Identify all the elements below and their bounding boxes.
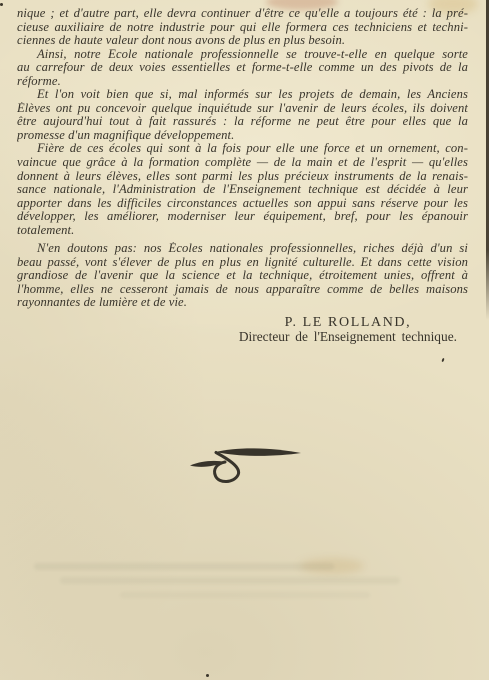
- text-line: cieuse auxiliaire de notre industrie pou…: [17, 21, 468, 35]
- text-line: Élèves ont pu concevoir quelque inquiétu…: [17, 102, 468, 116]
- body-paragraph: Fière de ces écoles qui sont à la fois p…: [17, 142, 468, 237]
- text-column: nique ; et d'autre part, elle devra cont…: [17, 7, 468, 310]
- text-line: vaincue que grâce à la formation complèt…: [17, 156, 468, 170]
- ink-speck: [441, 358, 444, 362]
- ink-speck: [0, 3, 3, 6]
- text-line: l'homme, elles ne cesseront jamais de no…: [17, 283, 468, 297]
- text-line: réforme.: [17, 75, 468, 89]
- bleed-through-text: [120, 592, 370, 598]
- text-line: donnent à leurs élèves, elles sont parmi…: [17, 170, 468, 184]
- text-line: être aujourd'hui tout à fait rassurés : …: [17, 115, 468, 129]
- body-paragraph: Et l'on voit bien que si, mal informés s…: [17, 88, 468, 142]
- ink-speck: [206, 674, 209, 677]
- text-line: beau passé, vont s'élever de plus en plu…: [17, 256, 468, 270]
- body-paragraph: Ainsi, notre Ecole nationale professionn…: [17, 48, 468, 89]
- calligraphic-flourish-icon: [186, 440, 306, 486]
- signature-name: P. LE ROLLAND,: [239, 315, 457, 330]
- body-paragraph: nique ; et d'autre part, elle devra cont…: [17, 7, 468, 48]
- text-line: Ainsi, notre Ecole nationale professionn…: [17, 48, 468, 62]
- text-line: N'en doutons pas: nos Écoles nationales …: [17, 242, 468, 256]
- text-line: développer, les améliorer, moderniser le…: [17, 210, 468, 224]
- bleed-through-text: [34, 563, 334, 570]
- text-line: ciennes de haute valeur dont nous avons …: [17, 34, 468, 48]
- text-line: apporter dans les difficiles circonstanc…: [17, 197, 468, 211]
- text-line: au carrefour de deux voies essentielles …: [17, 61, 468, 75]
- bleed-through-text: [60, 577, 400, 584]
- text-line: promesse d'un magnifique développement.: [17, 129, 468, 143]
- signature-block: P. LE ROLLAND, Directeur de l'Enseigneme…: [239, 315, 457, 345]
- text-line: totalement.: [17, 224, 468, 238]
- text-line: Fière de ces écoles qui sont à la fois p…: [17, 142, 468, 156]
- text-line: sance nationale, l'Administration de l'E…: [17, 183, 468, 197]
- text-line: Et l'on voit bien que si, mal informés s…: [17, 88, 468, 102]
- text-line: grandiose de l'avenir que la science et …: [17, 269, 468, 283]
- scanned-page: nique ; et d'autre part, elle devra cont…: [0, 0, 489, 680]
- text-line: nique ; et d'autre part, elle devra cont…: [17, 7, 468, 21]
- signature-title: Directeur de l'Enseignement technique.: [239, 330, 457, 345]
- body-paragraph: N'en doutons pas: nos Écoles nationales …: [17, 242, 468, 310]
- text-line: rayonnantes de lumière et de vie.: [17, 296, 468, 310]
